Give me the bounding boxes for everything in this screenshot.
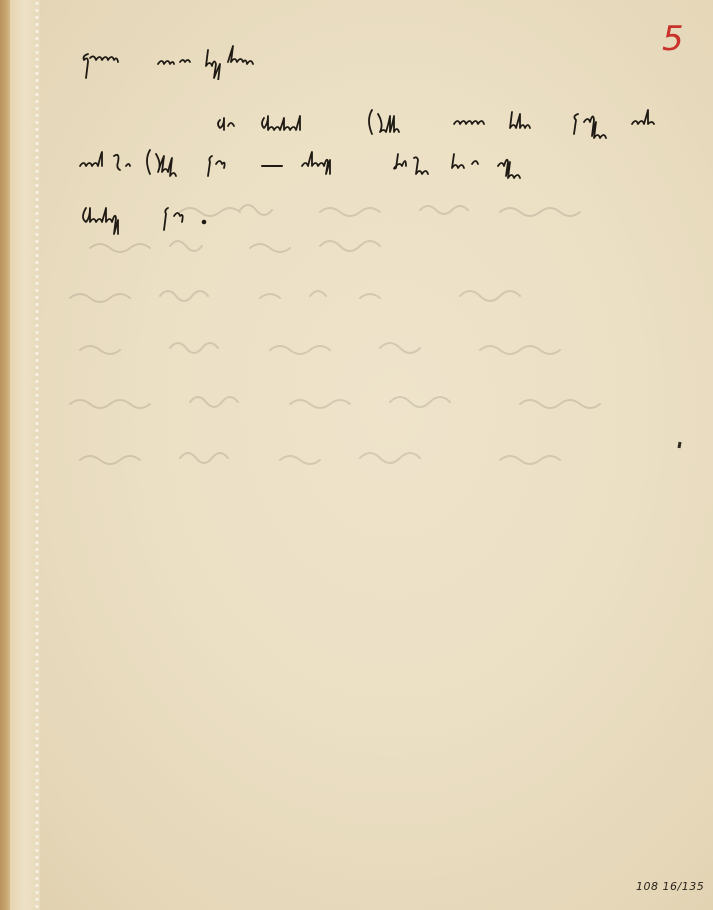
manuscript-page: [illegible handwritten heading, 3 words]… xyxy=(0,0,713,910)
handwritten-line-2: [illegible handwriting, 7 words with das… xyxy=(76,142,576,192)
binding-edge xyxy=(0,0,10,910)
archive-number: 108 16/135 xyxy=(636,880,704,893)
perforation-line xyxy=(34,0,40,910)
page-number: 5 xyxy=(662,22,702,62)
handwritten-line-3: [illegible handwriting, 2 words, ends wi… xyxy=(76,196,236,246)
handwritten-heading: [illegible handwritten heading, 3 words] xyxy=(76,40,336,80)
